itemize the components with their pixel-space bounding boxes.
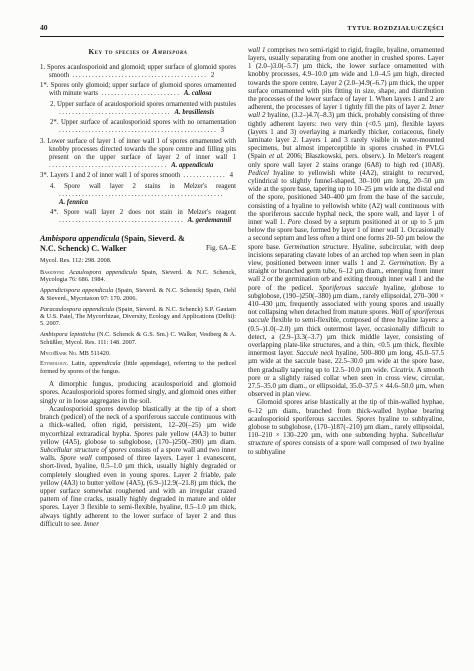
- protologue-citation: Mycol. Res. 112: 298. 2008.: [40, 257, 236, 264]
- header-rule: [40, 36, 444, 37]
- key-item-number: 1*.: [40, 82, 51, 89]
- dot-leader: ........................................…: [59, 191, 224, 198]
- key-item: 4. Spore wall layer 2 stains in Melzer's…: [40, 183, 236, 207]
- book-page: 40 TYTUŁ ROZDZIAŁU/CZĘŚCI Key to species…: [0, 0, 474, 671]
- key-heading: Key to species of Ambispora: [40, 48, 236, 56]
- synonym-entry: Paracaulospora appendicula (Spain, Sieve…: [40, 306, 236, 328]
- body-paragraph: A dimorphic fungus, producing acaulospor…: [40, 380, 236, 405]
- synonymy-block: Basionym: Acaulospora appendicula Spain,…: [40, 269, 236, 375]
- key-item-target: 2: [211, 72, 214, 79]
- key-item-target: A. appendicula: [171, 162, 213, 169]
- key-item: 2*. Upper surface of acaulosporioid spor…: [40, 119, 236, 135]
- key-item: 1. Spores acaulosporioid and glomoid; up…: [40, 64, 236, 80]
- body-paragraph: Glomoid spores arise blastically at the …: [248, 398, 444, 455]
- key-item-target: A. brasiliensis: [174, 109, 214, 116]
- key-item-number: 4.: [50, 183, 64, 190]
- key-item: 4*. Spore wall layer 2 does not stain in…: [40, 209, 236, 225]
- synonym-entry: Etymology. Latin, appendicula (little ap…: [40, 360, 236, 375]
- key-item-number: 1.: [40, 64, 47, 71]
- key-item-target: A. gerdemannii: [188, 217, 231, 224]
- body-paragraph: Acaulosporioid spores develop blasticall…: [40, 405, 236, 528]
- key-item-target: A. callosa: [184, 90, 212, 97]
- right-column: wall 1 comprises two semi-rigid to rigid…: [248, 46, 444, 528]
- description-left: A dimorphic fungus, producing acaulospor…: [40, 380, 236, 528]
- page-header: 40 TYTUŁ ROZDZIAŁU/CZĘŚCI: [40, 24, 444, 33]
- running-title: TYTUŁ ROZDZIAŁU/CZĘŚCI: [347, 25, 444, 33]
- description-right: wall 1 comprises two semi-rigid to rigid…: [248, 46, 444, 456]
- dot-leader: ........................: [98, 90, 184, 97]
- species-heading: Ambispora appendicula (Spain, Sieverd. &…: [40, 234, 236, 254]
- dot-leader: ..................................: [59, 109, 174, 116]
- figure-ref: Fig. 6A–E: [206, 244, 236, 254]
- two-column-layout: Key to species of Ambispora 1. Spores ac…: [40, 46, 444, 528]
- key-item: 3. Lower surface of layer 1 of inner wal…: [40, 138, 236, 170]
- page-number: 40: [40, 24, 48, 32]
- key-item: 3*. Layers 1 and 2 of inner wall 1 of sp…: [40, 172, 236, 180]
- key-item-target: 4: [230, 172, 233, 179]
- dot-leader: ....................................: [49, 162, 171, 169]
- key-item-number: 3*.: [40, 172, 50, 179]
- synonym-entry: Basionym: Acaulospora appendicula Spain,…: [40, 269, 236, 284]
- key-item: 1*. Spores only glomoid; upper surface o…: [40, 82, 236, 98]
- species-name: Ambispora appendicula (Spain, Sieverd. &…: [40, 234, 185, 253]
- key-item: 2. Upper surface of acaulosporioid spore…: [40, 101, 236, 117]
- dot-leader: ........................................…: [69, 72, 211, 79]
- dot-leader: .............: [180, 172, 230, 179]
- synonym-entry: MycoBank No. MB 511420.: [40, 350, 236, 357]
- dot-leader: ......................................: [59, 217, 188, 224]
- synonym-entry: Ambispora leptoticha (N.C. Schenck & G.S…: [40, 331, 236, 346]
- species-key-list: 1. Spores acaulosporioid and glomoid; up…: [40, 64, 236, 226]
- left-column: Key to species of Ambispora 1. Spores ac…: [40, 46, 236, 528]
- body-paragraph: wall 1 comprises two semi-rigid to rigid…: [248, 46, 444, 399]
- dot-leader: ........................................…: [59, 127, 221, 134]
- key-item-target: A. fennica: [59, 199, 88, 206]
- key-item-number: 2.: [50, 101, 57, 108]
- synonym-entry: Appendicispora appendicula (Spain, Sieve…: [40, 287, 236, 302]
- key-item-number: 2*.: [50, 119, 61, 126]
- key-item-number: 4*.: [50, 209, 64, 216]
- key-item-target: 3: [221, 127, 224, 134]
